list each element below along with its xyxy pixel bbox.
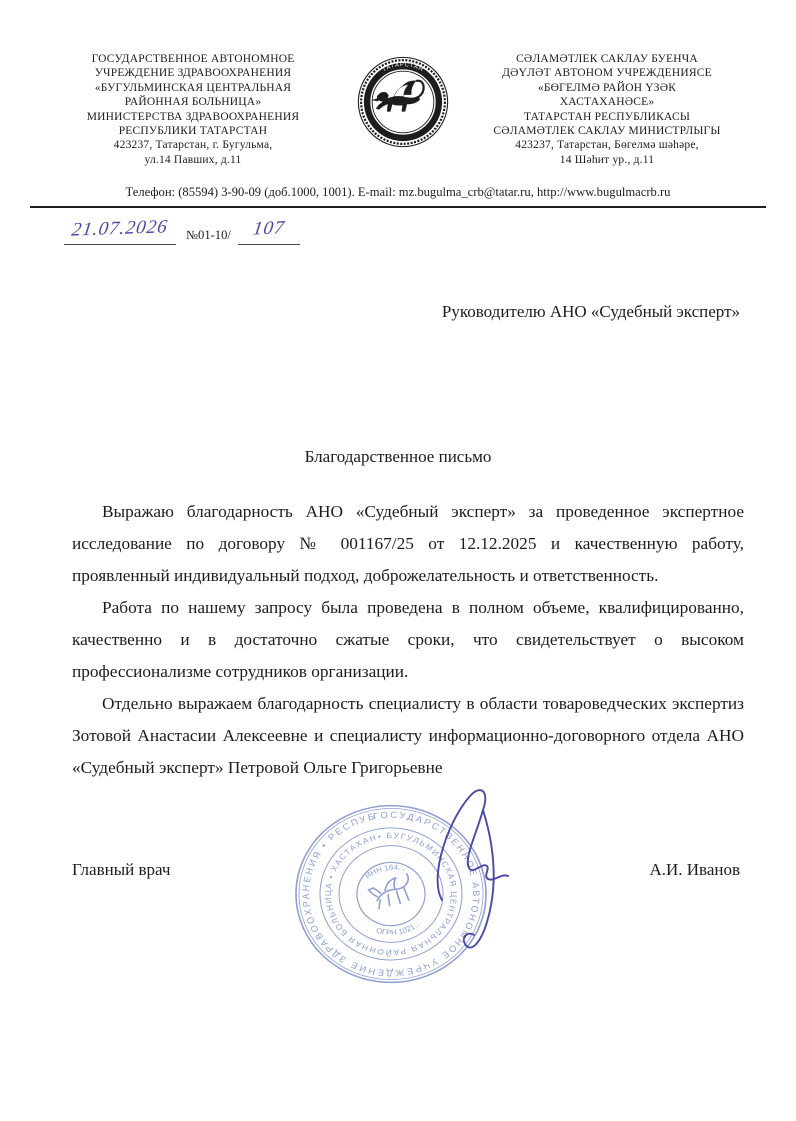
contact-line: Телефон: (85594) 3-90-09 (доб.1000, 1001…: [0, 185, 796, 200]
org-line: РАЙОННАЯ БОЛЬНИЦА»: [28, 95, 358, 109]
handwritten-signature: [424, 782, 532, 969]
header-divider: [30, 206, 766, 208]
svg-text:ОГРН 1021…: ОГРН 1021…: [373, 917, 424, 940]
org-line: СӘЛАМӘТЛЕК САКЛАУ МИНИСТРЛЫГЫ: [442, 124, 772, 138]
outgoing-number-field: 107: [238, 218, 300, 245]
body-paragraph: Отдельно выражаем благодарность специали…: [72, 688, 744, 784]
org-line: МИНИСТЕРСТВА ЗДРАВООХРАНЕНИЯ: [28, 110, 358, 124]
stamp-center-emblem: [367, 874, 414, 910]
org-line: «БӨГЕЛМӘ РАЙОН ҮЗӘК: [442, 81, 772, 95]
outgoing-number-prefix: №01-10/: [186, 228, 231, 243]
body-paragraph: Выражаю благодарность АНО «Судебный эксп…: [72, 496, 744, 592]
handwritten-number: 107: [252, 217, 287, 240]
outgoing-date-field: 21.07.2026: [64, 218, 176, 245]
org-line: СӘЛАМӘТЛЕК САКЛАУ БУЕНЧА: [442, 52, 772, 66]
letter-page: ГОСУДАРСТВЕННОЕ АВТОНОМНОЕ УЧРЕЖДЕНИЕ ЗД…: [0, 0, 796, 1121]
org-name-russian: ГОСУДАРСТВЕННОЕ АВТОНОМНОЕ УЧРЕЖДЕНИЕ ЗД…: [28, 52, 358, 167]
org-name-tatar: СӘЛАМӘТЛЕК САКЛАУ БУЕНЧА ДӘҮЛӘТ АВТОНОМ …: [442, 52, 772, 167]
signer-position: Главный врач: [72, 860, 170, 880]
org-line: РЕСПУБЛИКИ ТАТАРСТАН: [28, 124, 358, 138]
winged-leopard-icon: [373, 81, 424, 112]
org-line: ГОСУДАРСТВЕННОЕ АВТОНОМНОЕ: [28, 52, 358, 66]
org-line: ДӘҮЛӘТ АВТОНОМ УЧРЕЖДЕНИЯСЕ: [442, 66, 772, 80]
org-line: «БУГУЛЬМИНСКАЯ ЦЕНТРАЛЬНАЯ: [28, 81, 358, 95]
body-paragraph: Работа по нашему запросу была проведена …: [72, 592, 744, 688]
org-line: УЧРЕЖДЕНИЕ ЗДРАВООХРАНЕНИЯ: [28, 66, 358, 80]
org-line: ХАСТАХАНӘСЕ»: [442, 95, 772, 109]
org-address-line: 14 Шәһит ур., д.11: [442, 153, 772, 167]
org-address-line: 423237, Татарстан, г. Бугульма,: [28, 138, 358, 152]
handwritten-date: 21.07.2026: [70, 216, 169, 241]
recipient-line: Руководителю АНО «Судебный эксперт»: [442, 302, 740, 322]
org-address-line: 423237, Татарстан, Бөгелмә шәһәре,: [442, 138, 772, 152]
org-address-line: ул.14 Павших, д.11: [28, 153, 358, 167]
letter-title: Благодарственное письмо: [0, 447, 796, 467]
tatarstan-emblem-icon: ТАТАРСТАН: [357, 56, 449, 153]
org-line: ТАТАРСТАН РЕСПУБЛИКАСЫ: [442, 110, 772, 124]
signer-name: А.И. Иванов: [649, 860, 740, 880]
stamp-ogrn-text: ОГРН 1021…: [373, 917, 424, 940]
letter-body: Выражаю благодарность АНО «Судебный эксп…: [72, 496, 744, 784]
